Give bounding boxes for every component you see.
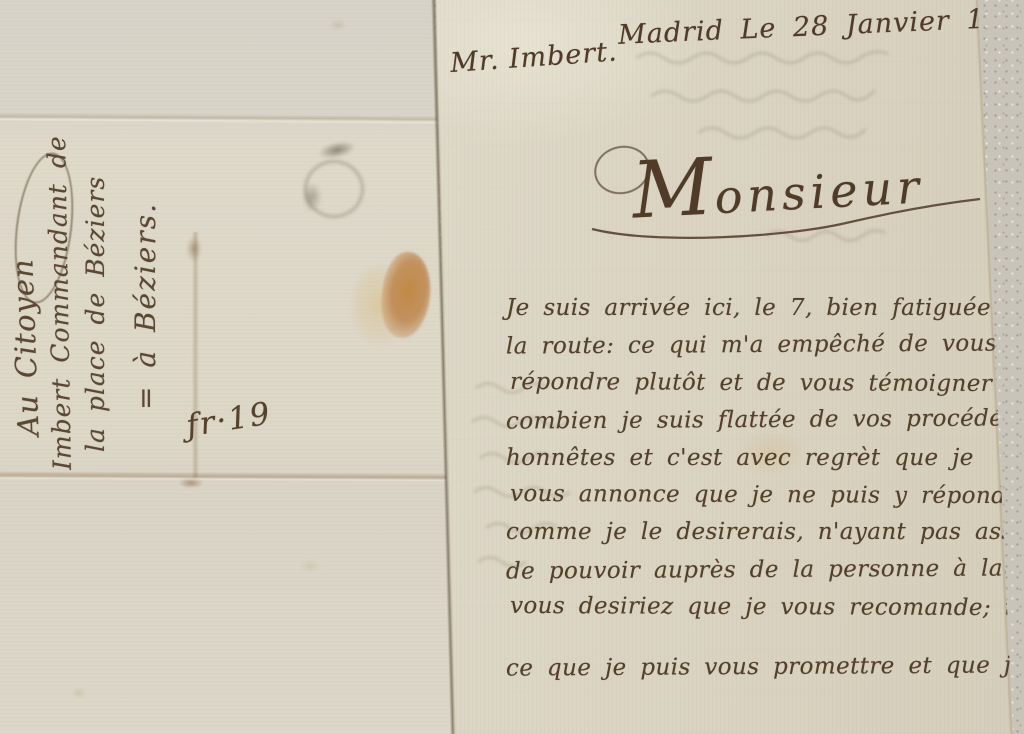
address-block: Au CitoyenImbert Commandant dela place d… [6, 140, 174, 470]
body-line: répondre plutôt et de vous témoigner [506, 364, 1011, 404]
salutation-flourish [586, 185, 986, 245]
body-line: ce que je puis vous promettre et que je [506, 647, 1011, 687]
body-line: combien je suis flattée de vos procédés [506, 401, 1011, 441]
body-line: la route: ce qui m'a empêché de vous [506, 326, 1011, 366]
body-line: honnêtes et c'est avec regrèt que je [506, 440, 1011, 477]
postal-rate-mark: ƒr·19 [184, 392, 298, 445]
address-line: la place de Béziers [78, 140, 114, 470]
body-line: comme je le desirerais, n'ayant pas asse… [506, 514, 1011, 551]
crease-stain [186, 236, 202, 262]
address-line: Imbert Commandant de [39, 140, 81, 471]
ink-blot [317, 138, 357, 162]
body-line: Je suis arrivée ici, le 7, bien fatiguée… [506, 290, 1011, 327]
letter-body: Je suis arrivée ici, le 7, bien fatiguée… [506, 290, 1011, 686]
address-line: = à Béziers. [128, 140, 164, 470]
body-line: vous desiriez que je vous recomande; tou… [506, 588, 1011, 628]
foxing-spot [330, 20, 346, 30]
foxing-spot [300, 560, 320, 572]
body-line: de pouvoir auprès de la personne à laque… [506, 550, 1011, 590]
wax-rust-stain [376, 249, 436, 341]
address-leaf: Au CitoyenImbert Commandant dela place d… [0, 0, 453, 734]
letter-photograph: Au CitoyenImbert Commandant dela place d… [0, 0, 1024, 734]
foxing-spot [72, 688, 86, 698]
fold-crease-bottom [0, 471, 453, 482]
crease-stain [178, 478, 204, 488]
fold-crease-top [0, 112, 453, 124]
letter-page: Madrid Le 28 Janvier 1800 Mr. Imbert. Mo… [436, 0, 1018, 734]
postmark-smudge [300, 142, 372, 220]
ink-blot [302, 182, 322, 212]
body-line: vous annonce que je ne puis y répondre [506, 476, 1011, 516]
